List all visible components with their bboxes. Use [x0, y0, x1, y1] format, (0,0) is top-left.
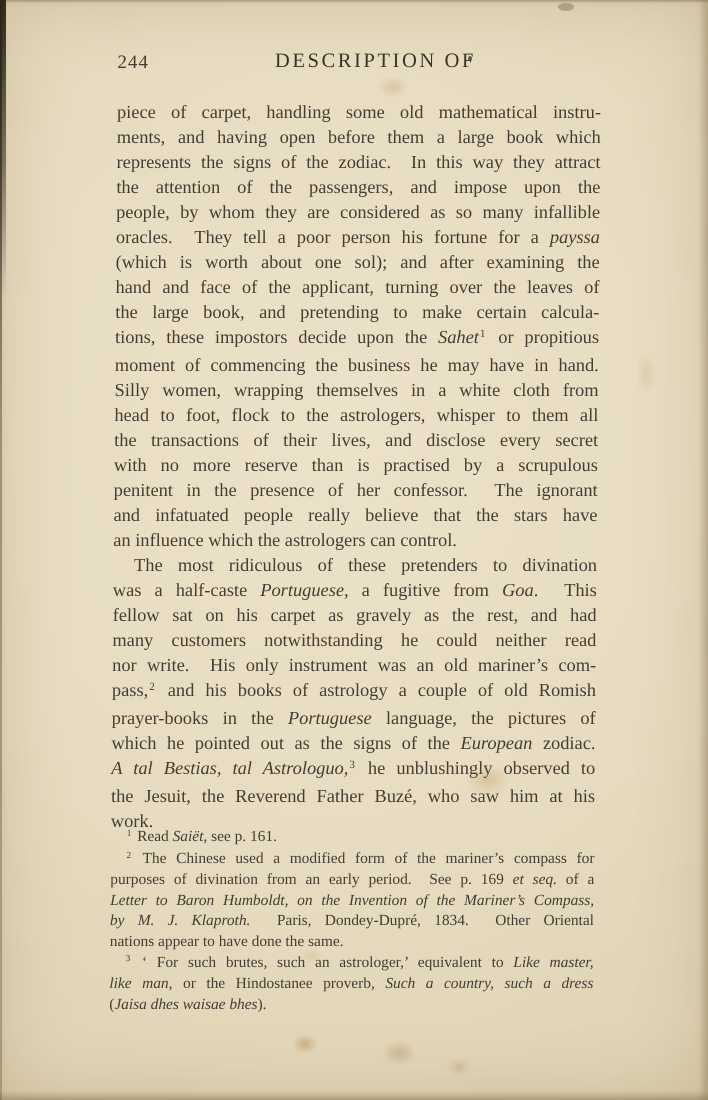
text-segment: and his books of astrology a couple of o…	[157, 680, 596, 700]
text-segment: Goa	[502, 580, 534, 600]
footnote-marker: 1	[127, 828, 132, 838]
text-line: the transactions of their lives, and dis…	[114, 428, 598, 453]
footnote-marker: 3	[126, 953, 131, 963]
text-line: people, by whom they are considered as s…	[116, 200, 600, 225]
text-segment: , a fugitive from	[344, 580, 502, 600]
text-segment: payssa	[550, 227, 600, 247]
text-segment: Read	[133, 828, 172, 845]
text-line: nor write. His only instrument was an ol…	[112, 653, 596, 678]
text-segment: the Jesuit, the Reverend Father Buzé, wh…	[111, 786, 595, 806]
text-segment: the attention of the passengers, and imp…	[116, 177, 600, 197]
text-segment: The Chinese used a modified form of the …	[133, 850, 595, 867]
scan-edge-bottom	[0, 1091, 708, 1100]
text-line: by M. J. Klaproth. Paris, Dondey-Dupré, …	[110, 911, 594, 932]
text-line: which he pointed out as the signs of the…	[111, 731, 595, 756]
text-line: fellow sat on his carpet as gravely as t…	[113, 603, 597, 628]
text-segment: the large book, and pretending to make c…	[115, 302, 599, 322]
text-segment: piece of carpet, handling some old mathe…	[117, 102, 601, 122]
text-segment: the transactions of their lives, and dis…	[114, 430, 598, 450]
text-segment: an influence which the astrologers can c…	[113, 530, 457, 550]
text-segment: language, the pictures of	[372, 708, 596, 728]
text-segment: Like master,	[513, 954, 593, 971]
text-line: prayer-books in the Portuguese language,…	[112, 706, 596, 731]
text-segment: (which is worth about one sol); and afte…	[116, 252, 600, 272]
text-segment: A tal Bestias, tal Astrologuo,	[111, 758, 348, 778]
text-line: oracles. They tell a poor person his for…	[116, 225, 600, 250]
text-segment: Saiët	[173, 828, 204, 845]
footnotes: 1 Read Saiët, see p. 161.2 The Chinese u…	[109, 827, 595, 1015]
text-segment: he unblushingly observed to	[357, 758, 596, 778]
text-segment: Portuguese	[260, 580, 344, 600]
text-segment: et seq.	[513, 871, 557, 888]
text-segment: by M. J. Klaproth.	[110, 912, 251, 929]
text-line: A tal Bestias, tal Astrologuo,3 he unblu…	[111, 756, 595, 784]
text-segment: head to foot, flock to the astrologers, …	[114, 405, 598, 425]
text-segment: prayer-books in the	[112, 708, 288, 728]
text-line: tions, these impostors decide upon the S…	[115, 325, 599, 353]
text-segment: The most ridiculous of these pretenders …	[134, 555, 597, 575]
text-segment: fellow sat on his carpet as gravely as t…	[113, 605, 597, 625]
text-segment: ‘ For such brutes, such an astrologer,’ …	[132, 954, 513, 971]
page-header: 244 DESCRIPTION OF	[117, 50, 601, 78]
text-line: many customers notwithstanding he could …	[112, 628, 596, 653]
text-segment: oracles. They tell a poor person his for…	[116, 227, 550, 247]
text-segment: zodiac.	[532, 733, 595, 753]
body-text: piece of carpet, handling some old mathe…	[111, 100, 601, 834]
text-segment: nor write. His only instrument was an ol…	[112, 655, 596, 675]
running-header: DESCRIPTION OF	[133, 50, 617, 73]
text-segment: , or the Hindostanee proverb,	[169, 975, 386, 992]
page-content: 244 DESCRIPTION OF piece of carpet, hand…	[0, 0, 708, 1100]
text-line: The most ridiculous of these pretenders …	[113, 553, 597, 578]
text-segment: Letter to Baron Humboldt, on the Inventi…	[110, 892, 594, 909]
text-line: purposes of divination from an early per…	[110, 870, 594, 891]
text-segment: of a	[557, 871, 594, 888]
footnote-marker: 3	[349, 759, 355, 771]
text-segment: European	[460, 733, 532, 753]
text-segment: represents the signs of the zodiac. In t…	[116, 152, 600, 172]
text-segment: , see p. 161.	[203, 828, 277, 845]
footnote: 1 Read Saiët, see p. 161.	[111, 827, 595, 849]
text-segment: or propitious	[487, 327, 599, 347]
book-page: 244 DESCRIPTION OF piece of carpet, hand…	[0, 0, 708, 1100]
text-segment: Jaisa dhes waisae bhes	[114, 996, 257, 1013]
text-segment: was a half-caste	[113, 580, 261, 600]
text-segment: Sahet	[438, 327, 479, 347]
paragraph: The most ridiculous of these pretenders …	[111, 553, 597, 834]
text-segment: like man	[109, 975, 168, 992]
text-segment: which he pointed out as the signs of the	[111, 733, 460, 753]
scan-edge-right	[698, 0, 708, 1100]
text-line: with no more reserve than is practised b…	[114, 453, 598, 478]
footnote: 3 ‘ For such brutes, such an astrologer,…	[109, 953, 594, 1016]
text-line: was a half-caste Portuguese, a fugitive …	[113, 578, 597, 603]
scan-edge-top	[0, 0, 708, 3]
text-segment: ).	[258, 996, 267, 1013]
text-segment: purposes of divination from an early per…	[110, 871, 513, 888]
text-segment: Silly women, wrapping themselves in a wh…	[115, 380, 599, 400]
text-line: piece of carpet, handling some old mathe…	[117, 100, 601, 125]
text-segment: ments, and having open before them a lar…	[117, 127, 601, 147]
footnote: 2 The Chinese used a modified form of th…	[110, 849, 595, 953]
text-line: and infatuated people really believe tha…	[113, 503, 597, 528]
text-segment: and infatuated people really believe tha…	[113, 505, 597, 525]
text-line: 2 The Chinese used a modified form of th…	[110, 849, 594, 871]
text-line: Letter to Baron Humboldt, on the Inventi…	[110, 891, 594, 912]
text-line: 1 Read Saiët, see p. 161.	[111, 827, 595, 849]
text-line: head to foot, flock to the astrologers, …	[114, 403, 598, 428]
text-line: an influence which the astrologers can c…	[113, 528, 597, 553]
text-line: ments, and having open before them a lar…	[117, 125, 601, 150]
text-segment: . This	[534, 580, 597, 600]
text-segment: many customers notwithstanding he could …	[112, 630, 596, 650]
text-segment: Portuguese	[288, 708, 372, 728]
footnote-marker: 2	[149, 681, 155, 693]
text-segment: tions, these impostors decide upon the	[115, 327, 438, 347]
text-line: the large book, and pretending to make c…	[115, 300, 599, 325]
text-line: represents the signs of the zodiac. In t…	[116, 150, 600, 175]
text-line: penitent in the presence of her confesso…	[114, 478, 598, 503]
text-line: (Jaisa dhes waisae bhes).	[109, 995, 593, 1016]
scan-edge-left-dark	[0, 0, 6, 300]
text-line: Silly women, wrapping themselves in a wh…	[114, 378, 598, 403]
paragraph: piece of carpet, handling some old mathe…	[113, 100, 601, 553]
footnote-marker: 1	[480, 328, 486, 340]
text-segment: nations appear to have done the same.	[110, 933, 344, 950]
text-segment: Such a country, such a dress	[385, 975, 593, 992]
text-segment: Paris, Dondey-Dupré, 1834. Other Orienta…	[250, 912, 594, 929]
footnote-marker: 2	[126, 850, 131, 860]
text-line: like man, or the Hindostanee proverb, Su…	[109, 974, 593, 995]
text-line: the attention of the passengers, and imp…	[116, 175, 600, 200]
text-line: nations appear to have done the same.	[110, 932, 594, 953]
text-line: the Jesuit, the Reverend Father Buzé, wh…	[111, 784, 595, 809]
text-segment: penitent in the presence of her confesso…	[114, 480, 598, 500]
text-segment: hand and face of the applicant, turning …	[115, 277, 599, 297]
text-segment: moment of commencing the business he may…	[115, 355, 599, 375]
text-line: hand and face of the applicant, turning …	[115, 275, 599, 300]
text-segment: with no more reserve than is practised b…	[114, 455, 598, 475]
text-segment: pass,	[112, 680, 148, 700]
text-line: (which is worth about one sol); and afte…	[116, 250, 600, 275]
text-line: moment of commencing the business he may…	[115, 353, 599, 378]
text-segment: people, by whom they are considered as s…	[116, 202, 600, 222]
text-line: pass,2 and his books of astrology a coup…	[112, 678, 596, 706]
text-line: 3 ‘ For such brutes, such an astrologer,…	[109, 953, 593, 975]
